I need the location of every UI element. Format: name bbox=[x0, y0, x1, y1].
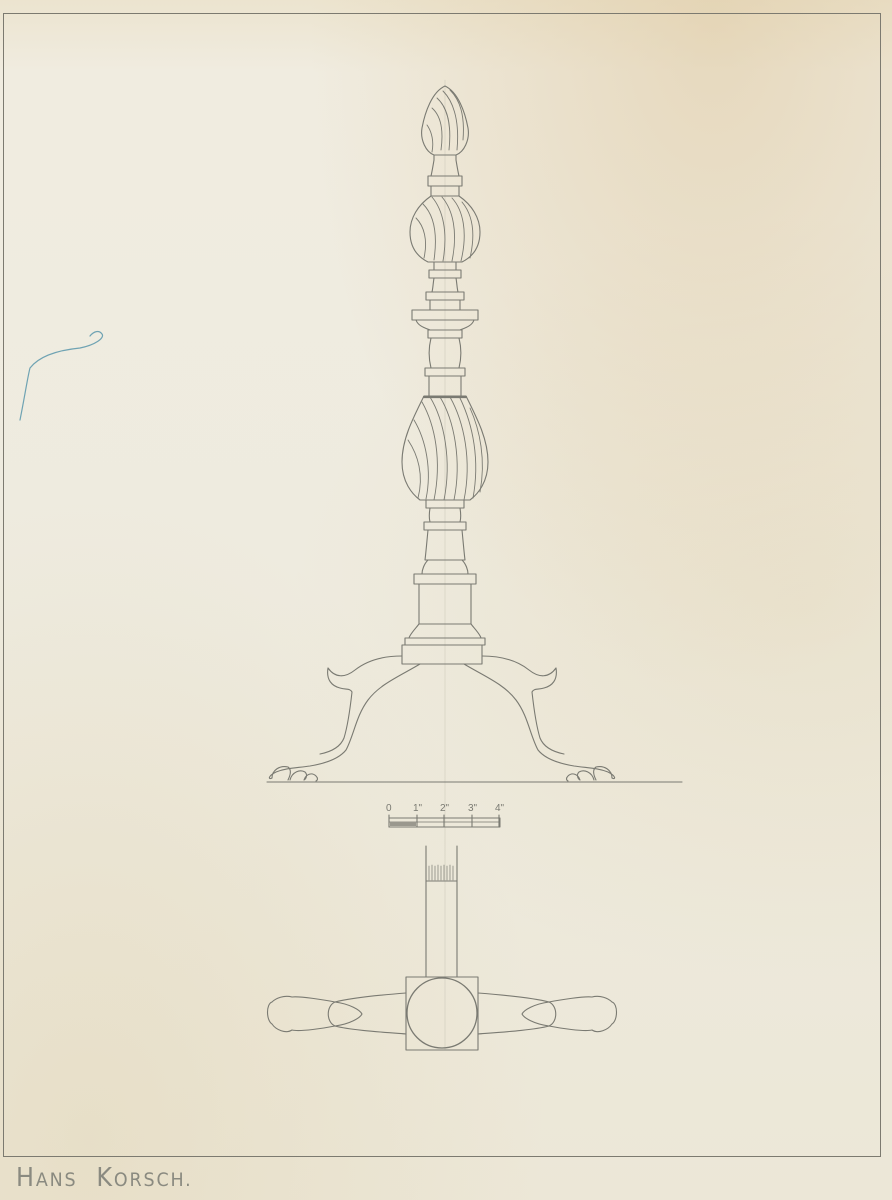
plan-view bbox=[268, 846, 617, 1050]
scale-label-0: 0 bbox=[386, 803, 392, 814]
signature-initial-k: K bbox=[96, 1163, 114, 1193]
base-pedestal bbox=[402, 574, 485, 664]
scale-label-2: 2" bbox=[440, 803, 450, 814]
scale-label-4: 4" bbox=[495, 803, 505, 814]
artist-signature: HANS KORSCH. bbox=[16, 1163, 193, 1193]
drawing-sheet: 0 1" 2" 3" 4" HANS KORSCH. bbox=[0, 0, 892, 1200]
blue-pen-mark bbox=[20, 332, 103, 420]
scale-labels: 0 1" 2" 3" 4" bbox=[386, 803, 505, 814]
scale-label-3: 3" bbox=[468, 803, 478, 814]
right-cabriole-leg bbox=[464, 656, 615, 781]
scale-bar bbox=[389, 815, 500, 827]
signature-period: . bbox=[185, 1169, 192, 1191]
plan-base-circle bbox=[407, 978, 477, 1048]
scale-label-1: 1" bbox=[413, 803, 423, 814]
signature-initial-h: H bbox=[16, 1163, 36, 1193]
elevation-view bbox=[267, 86, 682, 782]
andiron-drawing: 0 1" 2" 3" 4" bbox=[0, 0, 892, 1200]
signature-last-rest: ORSCH bbox=[114, 1169, 185, 1191]
left-cabriole-leg bbox=[269, 656, 420, 781]
signature-first-rest: ANS bbox=[36, 1169, 78, 1191]
